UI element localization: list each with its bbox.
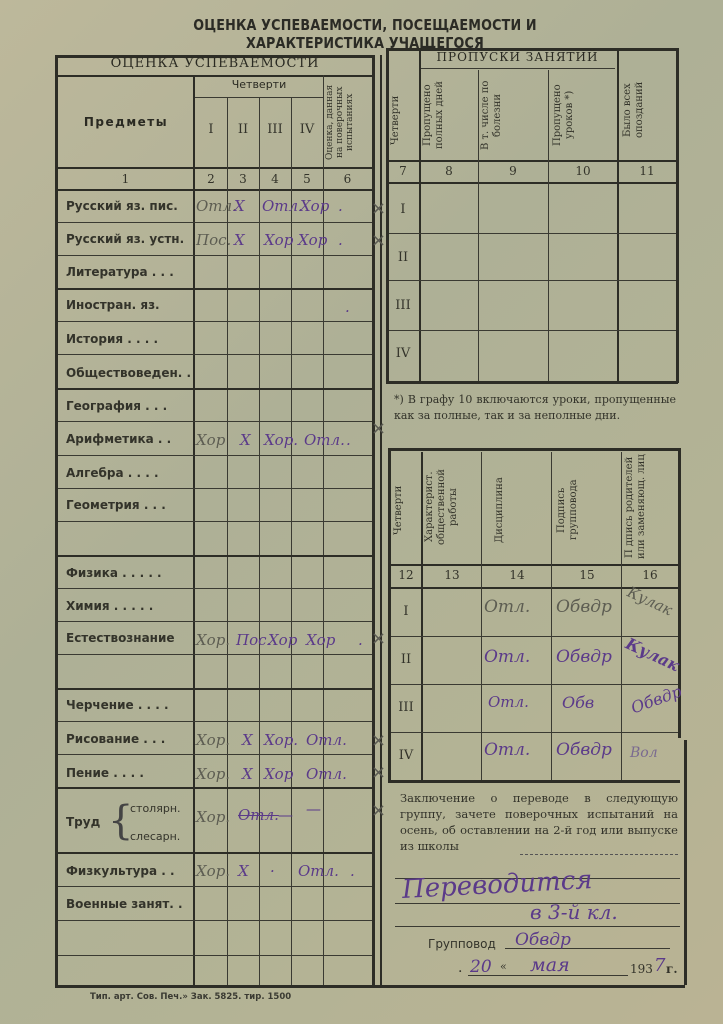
column-line [617,48,619,381]
absences-section-title: ПРОПУСКИ ЗАНЯТИЙ [420,50,615,64]
char-quarter: III [391,700,421,715]
grade-cell: Х [242,731,253,749]
row-line [389,233,676,234]
absence-quarter: II [389,250,417,265]
grade-cell: Хор [268,631,297,649]
grade-cell: Хор. [196,731,230,749]
char-quarter: IV [391,748,421,763]
row-line [58,886,372,887]
row-line [391,732,678,733]
row-line [58,787,372,789]
col-number: 4 [259,172,291,186]
fill-line [520,853,678,855]
frame-line [388,448,680,451]
grade-cell: Хор [298,231,327,249]
frame-line [386,381,678,384]
col-number: 16 [622,568,678,582]
row-line [391,684,678,685]
col-number: 7 [389,164,417,178]
illness-days-header: В т. числе по болезни [480,70,530,160]
exam-header: Оценка, данная на поверочных испытаниях [325,78,369,166]
subject-geometry: Геометрия . . . [66,498,166,512]
grade-cell: Пос. [236,631,271,649]
grade-cell: Х [234,231,245,249]
grade-cell: Отл. [304,431,345,449]
divider [58,167,372,169]
grade-cell: Хор [300,197,329,215]
quarter-header-2: II [227,122,259,137]
frame-line [372,55,375,987]
grade-cell: Отл. [298,862,339,880]
teacher-signature: Обв [562,693,594,712]
x-mark-icon: × [371,800,386,821]
x-mark-icon: × [371,762,386,783]
divider [420,68,615,69]
subject-russian-written: Русский яз. пис. [66,199,178,213]
char-quarters-header: Четверти [393,460,417,560]
column-line [478,70,479,381]
grade-cell: · [270,862,275,880]
row-line [58,455,372,456]
grade-cell: Отл. [262,197,303,215]
divider [391,564,678,566]
lessons-missed-header: Пропущено уроков *) [552,70,602,160]
column-line [419,48,421,381]
col-number: 2 [195,172,227,186]
grade-cell: . [338,197,343,215]
quarters-header: Четверти [195,78,323,91]
grade-cell: Х [242,765,253,783]
grade-cell: Х [238,862,249,880]
column-line [193,75,195,985]
fill-line [395,926,680,927]
discipline-grade: Отл. [484,740,530,760]
grade-cell: . [346,431,351,449]
row-line [58,588,372,589]
x-mark-icon: × [371,730,386,751]
grade-cell: Пос. [196,231,231,249]
parent-signature-header: П дпись родителей или заменяющ. лиц [624,452,676,562]
row-line [58,488,372,489]
subject-foreign-language: Иностран. яз. [66,298,160,312]
discipline-header: Дисциплина [494,460,534,560]
row-line [58,955,372,956]
subject-singing: Пение . . . . [66,766,144,780]
row-line [58,321,372,322]
column-line [421,452,423,780]
grade-cell: . [345,298,350,316]
grade-cell: Отл. [238,806,279,824]
year-suffix: 7 [654,955,665,976]
grade-cell: — [306,800,321,818]
subject-labor-metalwork: слесарн. [130,830,180,843]
row-line [58,688,372,690]
char-quarter: II [391,652,421,667]
subject-military: Военные занят. . [66,897,183,911]
subject-drawing: Рисование . . . [66,732,165,746]
divider [389,182,676,184]
full-days-missed-header: Пропущено полных дней [422,70,472,160]
parent-signature: Вол [630,745,658,761]
subject-drafting: Черчение . . . . [66,698,169,712]
document-title: ОЦЕНКА УСПЕВАЕМОСТИ, ПОСЕЩАЕМОСТИ И ХАРА… [140,16,591,52]
teacher-signature: Обвдр [556,647,612,667]
grade-cell: — [278,806,293,824]
col-number: 10 [548,164,618,178]
row-line [389,280,676,281]
row-line [58,288,372,290]
divider [58,189,372,191]
conclusion-label: Заключение о переводе в следующую группу… [400,790,678,854]
subject-russian-oral: Русский яз. устн. [66,232,184,246]
grades-section-title: ОЦЕНКА УСПЕВАЕМОСТИ [60,56,370,71]
col-number: 5 [291,172,323,186]
grade-cell: Хор. [196,808,230,826]
column-line [481,452,482,780]
subject-natural-science: Естествознание [66,631,175,645]
grade-cell: Хор. [196,765,230,783]
date-day: 20 [470,957,492,977]
row-line [58,852,372,854]
column-line [551,452,552,780]
absence-quarter: I [389,202,417,217]
conclusion-grade: в 3-й кл. [530,900,618,924]
teacher-signature: Обвдр [556,740,612,760]
frame-line [676,48,679,383]
subject-physical-education: Физкультура . . [66,864,175,878]
year-unit: г. [666,962,678,976]
x-mark-icon: × [371,628,386,649]
subject-labor-carpentry: столярн. [130,802,181,815]
grade-cell: Хор. [196,631,230,649]
row-line [58,521,372,522]
row-line [58,222,372,223]
subject-algebra: Алгебра . . . . [66,466,159,480]
subject-history: История . . . . [66,332,158,346]
absences-quarters-header: Четверти [390,80,416,160]
row-line [58,920,372,921]
discipline-grade: Отл. [484,647,530,667]
printer-imprint: Тип. арт. Сов. Печ.» Зак. 5825. тир. 150… [90,992,291,1002]
col-number: 9 [478,164,548,178]
frame-line [380,55,382,987]
social-work-header: Характерист. общественной работы [424,452,478,562]
row-line [58,654,372,655]
grade-cell: Хор. [264,431,298,449]
absence-quarter: IV [389,346,417,361]
grade-cell: . [358,631,363,649]
divider [389,160,676,162]
row-line [58,421,372,422]
row-line [58,754,372,755]
row-line [58,255,372,256]
grade-cell: Хор [196,431,225,449]
absence-quarter: III [389,298,417,313]
grade-cell: Хор. [264,731,298,749]
discipline-grade: Отл. [484,597,530,617]
date-month: мая [530,954,570,976]
fill-line [468,975,628,976]
quarter-header-1: I [195,122,227,137]
grade-cell: Хор [306,631,335,649]
grade-cell: Хор. [196,862,230,880]
tardies-header: Было всех опозданий [622,60,672,160]
col-number: 15 [552,568,622,582]
subjects-header: Предметы [62,115,190,129]
col-number: 3 [227,172,259,186]
col-number: 8 [420,164,478,178]
grade-cell: . [338,231,343,249]
teacher-signature-header: Подпись групповода [556,460,610,560]
quarter-header-3: III [259,122,291,137]
discipline-grade: Отл. [488,693,529,711]
col-number: 6 [325,172,370,186]
subject-labor: Труд [66,815,100,829]
date-quote: « [500,960,507,973]
date-dot: . [458,960,462,976]
x-mark-icon: × [371,198,386,219]
grade-cell: Х [234,197,245,215]
column-line [548,70,549,381]
absences-footnote: *) В графу 10 включаются уроки, пропущен… [394,392,676,424]
subject-physics: Физика . . . . . [66,566,162,580]
col-number: 1 [58,172,193,186]
grade-cell: Отл. [306,731,347,749]
col-number: 14 [482,568,552,582]
grade-cell: Хор [264,765,293,783]
column-line [621,452,622,780]
teacher-signature: Обвдр [556,597,612,617]
row-line [58,721,372,722]
frame-line [388,780,680,783]
grade-cell: . [350,862,355,880]
row-line [389,330,676,331]
divider [58,75,372,77]
grade-cell: Х [240,431,251,449]
x-mark-icon: × [371,230,386,251]
subject-chemistry: Химия . . . . . [66,599,153,613]
frame-line [55,985,685,988]
col-number: 11 [618,164,676,178]
subject-literature: Литература . . . [66,265,174,279]
row-line [58,388,372,390]
row-line [58,354,372,355]
grade-cell: Отл. [306,765,347,783]
subject-arithmetic: Арифметика . . [66,432,171,446]
subject-geography: География . . . [66,399,167,413]
quarter-header-4: IV [291,122,323,137]
group-teacher-signature: Обвдр [515,930,571,950]
row-line [58,555,372,557]
year-prefix: 193 [630,962,653,976]
col-number: 13 [422,568,482,582]
grade-cell: Отл. [196,197,237,215]
grade-cell: Хор [264,231,293,249]
frame-line [684,740,687,985]
col-number: 12 [391,568,421,582]
row-line [58,621,372,622]
subject-social-studies: Обществоведен. . [66,366,191,380]
x-mark-icon: × [371,418,386,439]
group-teacher-label: Групповод [428,937,496,951]
char-quarter: I [391,604,421,619]
